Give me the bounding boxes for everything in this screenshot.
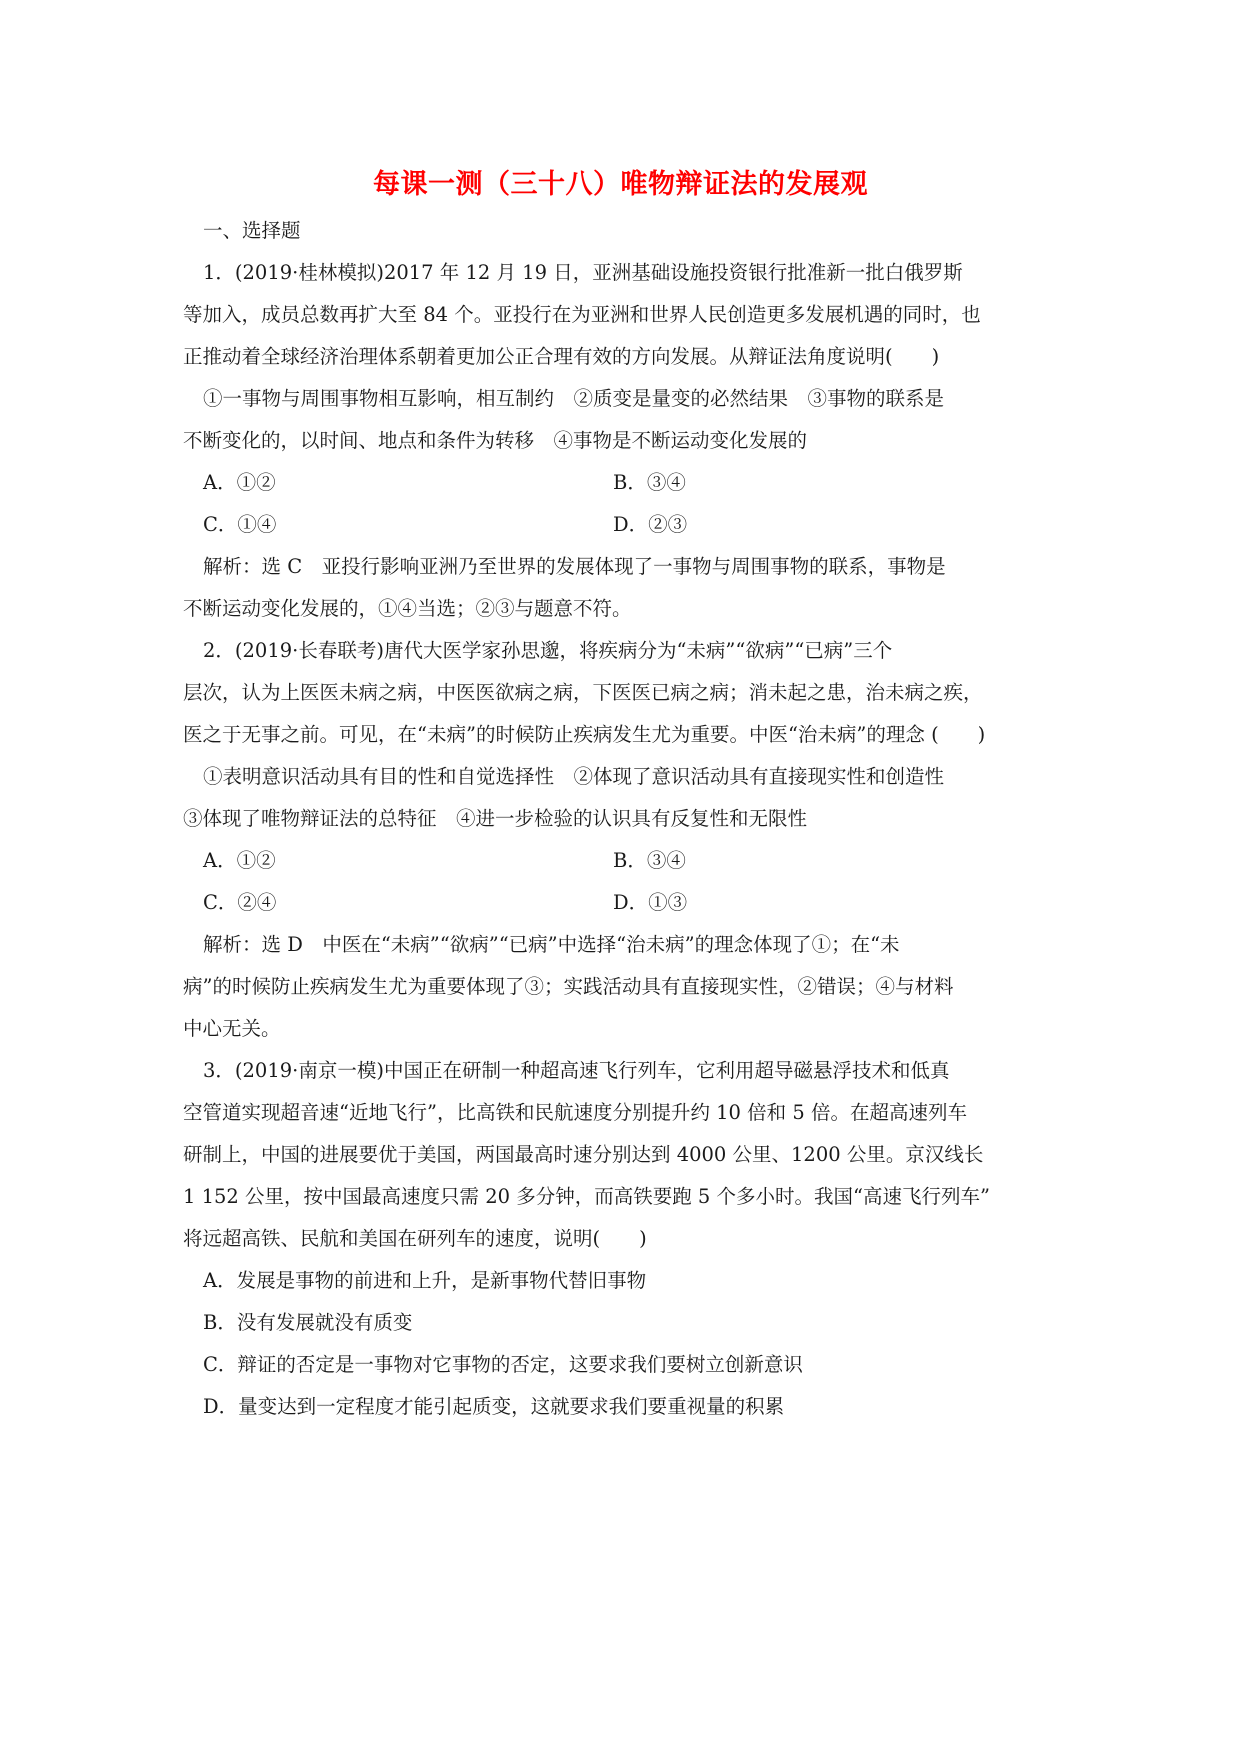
question-3-stem-line-5: 将远超高铁、民航和美国在研列车的速度，说明( ) (183, 1227, 647, 1251)
question-2-option-a: A．①② (203, 849, 276, 873)
section-heading: 一、选择题 (203, 219, 301, 243)
question-2-option-b: B．③④ (613, 849, 686, 873)
question-1-option-d: D．②③ (613, 513, 687, 537)
question-3-stem-line-4: 1 152 公里，按中国最高速度只需 20 多分钟，而高铁要跑 5 个多小时。我… (183, 1185, 990, 1209)
question-3-option-b: B．没有发展就没有质变 (203, 1311, 412, 1335)
question-1-analysis-line-2: 不断运动变化发展的，①④当选；②③与题意不符。 (183, 597, 632, 621)
question-3-option-a: A．发展是事物的前进和上升，是新事物代替旧事物 (203, 1269, 646, 1293)
question-2-option-c: C．②④ (203, 891, 276, 915)
question-1-statements-line-1: ①一事物与周围事物相互影响，相互制约 ②质变是量变的必然结果 ③事物的联系是 (203, 387, 944, 411)
question-2-stem-line-3: 医之于无事之前。可见，在“未病”的时候防止疾病发生尤为重要。中医“治未病”的理念… (183, 723, 985, 747)
page-title: 每课一测（三十八）唯物辩证法的发展观 (0, 162, 1241, 201)
question-1-analysis-line-1: 解析：选 C 亚投行影响亚洲乃至世界的发展体现了一事物与周围事物的联系，事物是 (203, 555, 946, 579)
question-3-option-c: C．辩证的否定是一事物对它事物的否定，这要求我们要树立创新意识 (203, 1353, 803, 1377)
question-1-stem-line-2: 等加入，成员总数再扩大至 84 个。亚投行在为亚洲和世界人民创造更多发展机遇的同… (183, 303, 981, 327)
question-1-option-a: A．①② (203, 471, 276, 495)
question-2-option-d: D．①③ (613, 891, 687, 915)
question-1-option-b: B．③④ (613, 471, 686, 495)
question-2-stem-line-1: 2．(2019·长春联考)唐代大医学家孙思邈，将疾病分为“未病”“欲病”“已病”… (203, 639, 892, 663)
question-2-statements-line-2: ③体现了唯物辩证法的总特征 ④进一步检验的认识具有反复性和无限性 (183, 807, 807, 831)
question-3-option-d: D．量变达到一定程度才能引起质变，这就要求我们要重视量的积累 (203, 1395, 784, 1419)
question-1-stem-line-3: 正推动着全球经济治理体系朝着更加公正合理有效的方向发展。从辩证法角度说明( ) (183, 345, 939, 369)
question-2-analysis-line-2: 病”的时候防止疾病发生尤为重要体现了③；实践活动具有直接现实性，②错误；④与材料 (183, 975, 953, 999)
document-page: 每课一测（三十八）唯物辩证法的发展观 一、选择题 1．(2019·桂林模拟)20… (0, 0, 1241, 1755)
question-1-option-c: C．①④ (203, 513, 276, 537)
question-1-stem-line-1: 1．(2019·桂林模拟)2017 年 12 月 19 日，亚洲基础设施投资银行… (203, 261, 963, 285)
question-2-stem-line-2: 层次，认为上医医未病之病，中医医欲病之病，下医医已病之病；消未起之患，治未病之疾… (183, 681, 983, 705)
question-3-stem-line-3: 研制上，中国的进展要优于美国，两国最高时速分别达到 4000 公里、1200 公… (183, 1143, 983, 1167)
question-3-stem-line-1: 3．(2019·南京一模)中国正在研制一种超高速飞行列车，它利用超导磁悬浮技术和… (203, 1059, 949, 1083)
question-2-statements-line-1: ①表明意识活动具有目的性和自觉选择性 ②体现了意识活动具有直接现实性和创造性 (203, 765, 944, 789)
question-3-stem-line-2: 空管道实现超音速“近地飞行”，比高铁和民航速度分别提升约 10 倍和 5 倍。在… (183, 1101, 967, 1125)
question-2-analysis-line-3: 中心无关。 (183, 1017, 281, 1041)
question-1-statements-line-2: 不断变化的，以时间、地点和条件为转移 ④事物是不断运动变化发展的 (183, 429, 807, 453)
question-2-analysis-line-1: 解析：选 D 中医在“未病”“欲病”“已病”中选择“治未病”的理念体现了①；在“… (203, 933, 900, 957)
